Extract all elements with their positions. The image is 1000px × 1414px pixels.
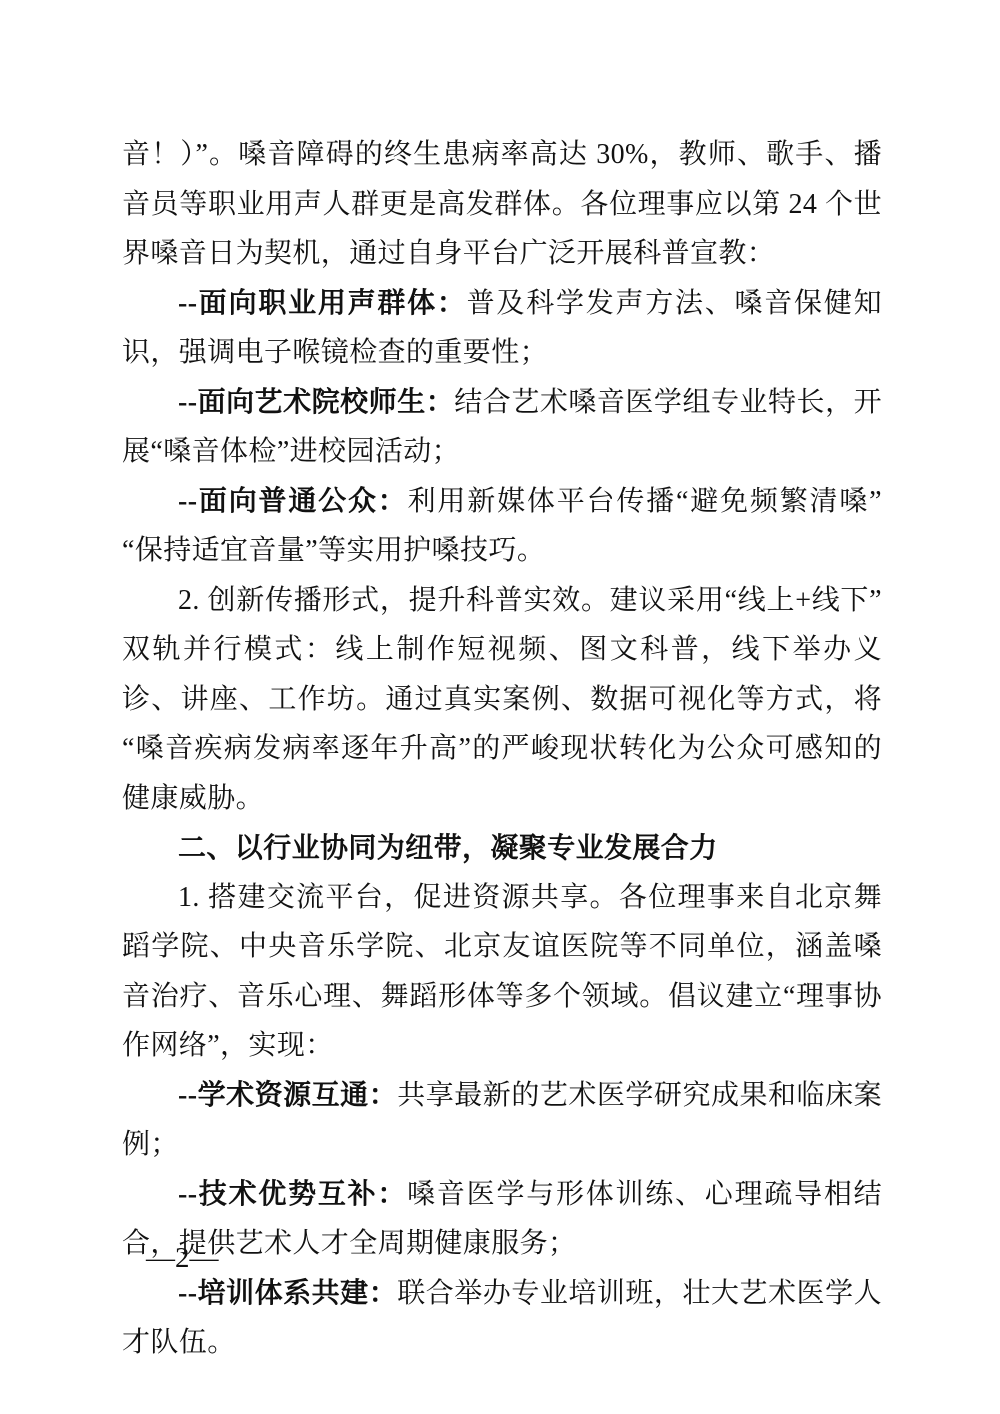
bold-lead-in: --技术优势互补：: [178, 1179, 407, 1210]
paragraph: 1. 搭建交流平台，促进资源共享。各位理事来自北京舞蹈学院、中央音乐学院、北京友…: [122, 873, 882, 1071]
paragraph: --面向普通公众：利用新媒体平台传播“避免频繁清嗓”“保持适宜音量”等实用护嗓技…: [122, 477, 882, 576]
bold-lead-in: --面向职业用声群体：: [178, 288, 467, 319]
bold-lead-in: --培训体系共建：: [178, 1278, 397, 1309]
text-segment: 音！）”。嗓音障碍的终生患病率高达 30%，教师、歌手、播音员等职业用声人群更是…: [122, 139, 882, 269]
paragraph: --学术资源互通：共享最新的艺术医学研究成果和临床案例；: [122, 1071, 882, 1170]
paragraph: --面向职业用声群体：普及科学发声方法、嗓音保健知识，强调电子喉镜检查的重要性；: [122, 279, 882, 378]
document-page: 音！）”。嗓音障碍的终生患病率高达 30%，教师、歌手、播音员等职业用声人群更是…: [0, 0, 1000, 1414]
paragraph: --技术优势互补：嗓音医学与形体训练、心理疏导相结合，提供艺术人才全周期健康服务…: [122, 1170, 882, 1269]
page-number: —2—: [146, 1238, 219, 1278]
bold-lead-in: --面向艺术院校师生：: [178, 387, 454, 418]
bold-lead-in: 二、以行业协同为纽带，凝聚专业发展合力: [178, 832, 718, 863]
text-segment: 2. 创新传播形式，提升科普实效。建议采用“线上+线下”双轨并行模式：线上制作短…: [122, 585, 882, 814]
document-body: 音！）”。嗓音障碍的终生患病率高达 30%，教师、歌手、播音员等职业用声人群更是…: [122, 130, 882, 1368]
bold-lead-in: --学术资源互通：: [178, 1080, 397, 1111]
paragraph: 音！）”。嗓音障碍的终生患病率高达 30%，教师、歌手、播音员等职业用声人群更是…: [122, 130, 882, 279]
text-segment: 1. 搭建交流平台，促进资源共享。各位理事来自北京舞蹈学院、中央音乐学院、北京友…: [122, 882, 882, 1062]
bold-lead-in: --面向普通公众：: [178, 486, 408, 517]
section-heading: 二、以行业协同为纽带，凝聚专业发展合力: [122, 823, 882, 873]
paragraph: --培训体系共建：联合举办专业培训班，壮大艺术医学人才队伍。: [122, 1269, 882, 1368]
paragraph: --面向艺术院校师生：结合艺术嗓音医学组专业特长，开展“嗓音体检”进校园活动；: [122, 378, 882, 477]
paragraph: 2. 创新传播形式，提升科普实效。建议采用“线上+线下”双轨并行模式：线上制作短…: [122, 576, 882, 824]
